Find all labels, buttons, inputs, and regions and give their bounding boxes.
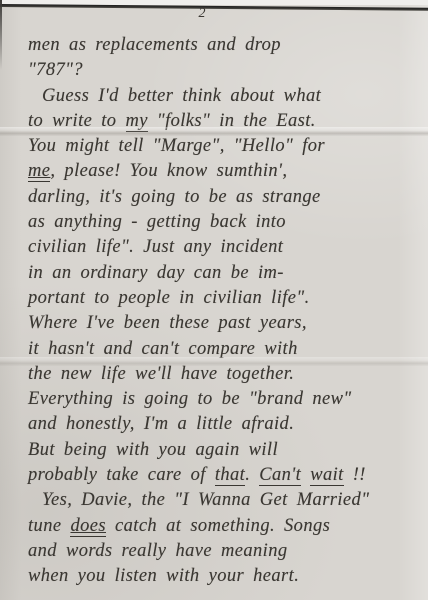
letter-text: the new life we'll have together. (28, 364, 294, 384)
letter-text: darling, it's going to be as strange (28, 187, 321, 207)
letter-text: !! (344, 465, 366, 485)
letter-line: it hasn't and can't compare with (28, 337, 418, 362)
letter-line: when you listen with your heart. (28, 564, 418, 589)
letter-text: But being with you again will (28, 440, 278, 460)
letter-line: Where I've been these past years, (28, 311, 418, 336)
letter-text: You might tell "Marge", "Hello" for (28, 136, 325, 156)
letter-text: civilian life". Just any incident (28, 237, 283, 257)
letter-line: probably take care of that. Can't wait !… (28, 463, 418, 488)
letter-text: Where I've been these past years, (28, 313, 307, 333)
letter-line: darling, it's going to be as strange (28, 185, 418, 210)
letter-text: "folks" in the East. (148, 111, 316, 131)
underlined-word: that (215, 465, 245, 486)
letter-text: Yes, Davie, the "I Wanna Get Married" (42, 490, 369, 510)
letter-text: men as replacements and drop (28, 35, 281, 55)
letter-text: when you listen with your heart. (28, 566, 299, 586)
underlined-word: does (70, 516, 106, 537)
letter-line: the new life we'll have together. (28, 362, 418, 387)
letter-line: and honestly, I'm a little afraid. (28, 412, 418, 437)
letter-text: it hasn't and can't compare with (28, 339, 298, 359)
letter-line: and words really have meaning (28, 539, 418, 564)
letter-text: "787"? (28, 60, 83, 80)
letter-line: men as replacements and drop (28, 33, 418, 58)
letter-line: me, please! You know sumthin', (28, 159, 418, 184)
letter-text: as anything - getting back into (28, 212, 286, 232)
letter-text: . (245, 465, 259, 485)
letter-line: portant to people in civilian life". (28, 286, 418, 311)
letter-line: to write to my "folks" in the East. (28, 109, 418, 134)
letter-line: But being with you again will (28, 438, 418, 463)
letter-line: Guess I'd better think about what (28, 84, 418, 109)
letter-text: to write to (28, 111, 126, 131)
page-number: 2 (0, 6, 404, 22)
letter-text: probably take care of (28, 465, 215, 485)
letter-body: men as replacements and drop"787"?Guess … (28, 33, 418, 590)
letter-text: and honestly, I'm a little afraid. (28, 414, 294, 434)
letter-text (301, 465, 310, 485)
underlined-word: wait (310, 465, 343, 486)
letter-text: and words really have meaning (28, 541, 288, 561)
letter-photo: 2 men as replacements and drop"787"?Gues… (0, 0, 428, 600)
underlined-word: my (126, 111, 148, 132)
letter-line: Yes, Davie, the "I Wanna Get Married" (28, 488, 418, 513)
letter-text: catch at something. Songs (106, 516, 330, 536)
letter-line: civilian life". Just any incident (28, 235, 418, 260)
underlined-word: Can't (259, 465, 301, 486)
letter-text: Everything is going to be "brand new" (28, 389, 352, 409)
letter-text: , please! You know sumthin', (50, 161, 287, 181)
letter-text: Guess I'd better think about what (42, 86, 321, 106)
underlined-word: me (28, 161, 50, 182)
letter-line: "787"? (28, 58, 418, 83)
letter-text: portant to people in civilian life". (28, 288, 310, 308)
letter-line: in an ordinary day can be im- (28, 261, 418, 286)
letter-line: as anything - getting back into (28, 210, 418, 235)
letter-line: You might tell "Marge", "Hello" for (28, 134, 418, 159)
letter-text: tune (28, 516, 70, 536)
letter-text: in an ordinary day can be im- (28, 263, 284, 283)
letter-line: Everything is going to be "brand new" (28, 387, 418, 412)
letter-line: tune does catch at something. Songs (28, 514, 418, 539)
